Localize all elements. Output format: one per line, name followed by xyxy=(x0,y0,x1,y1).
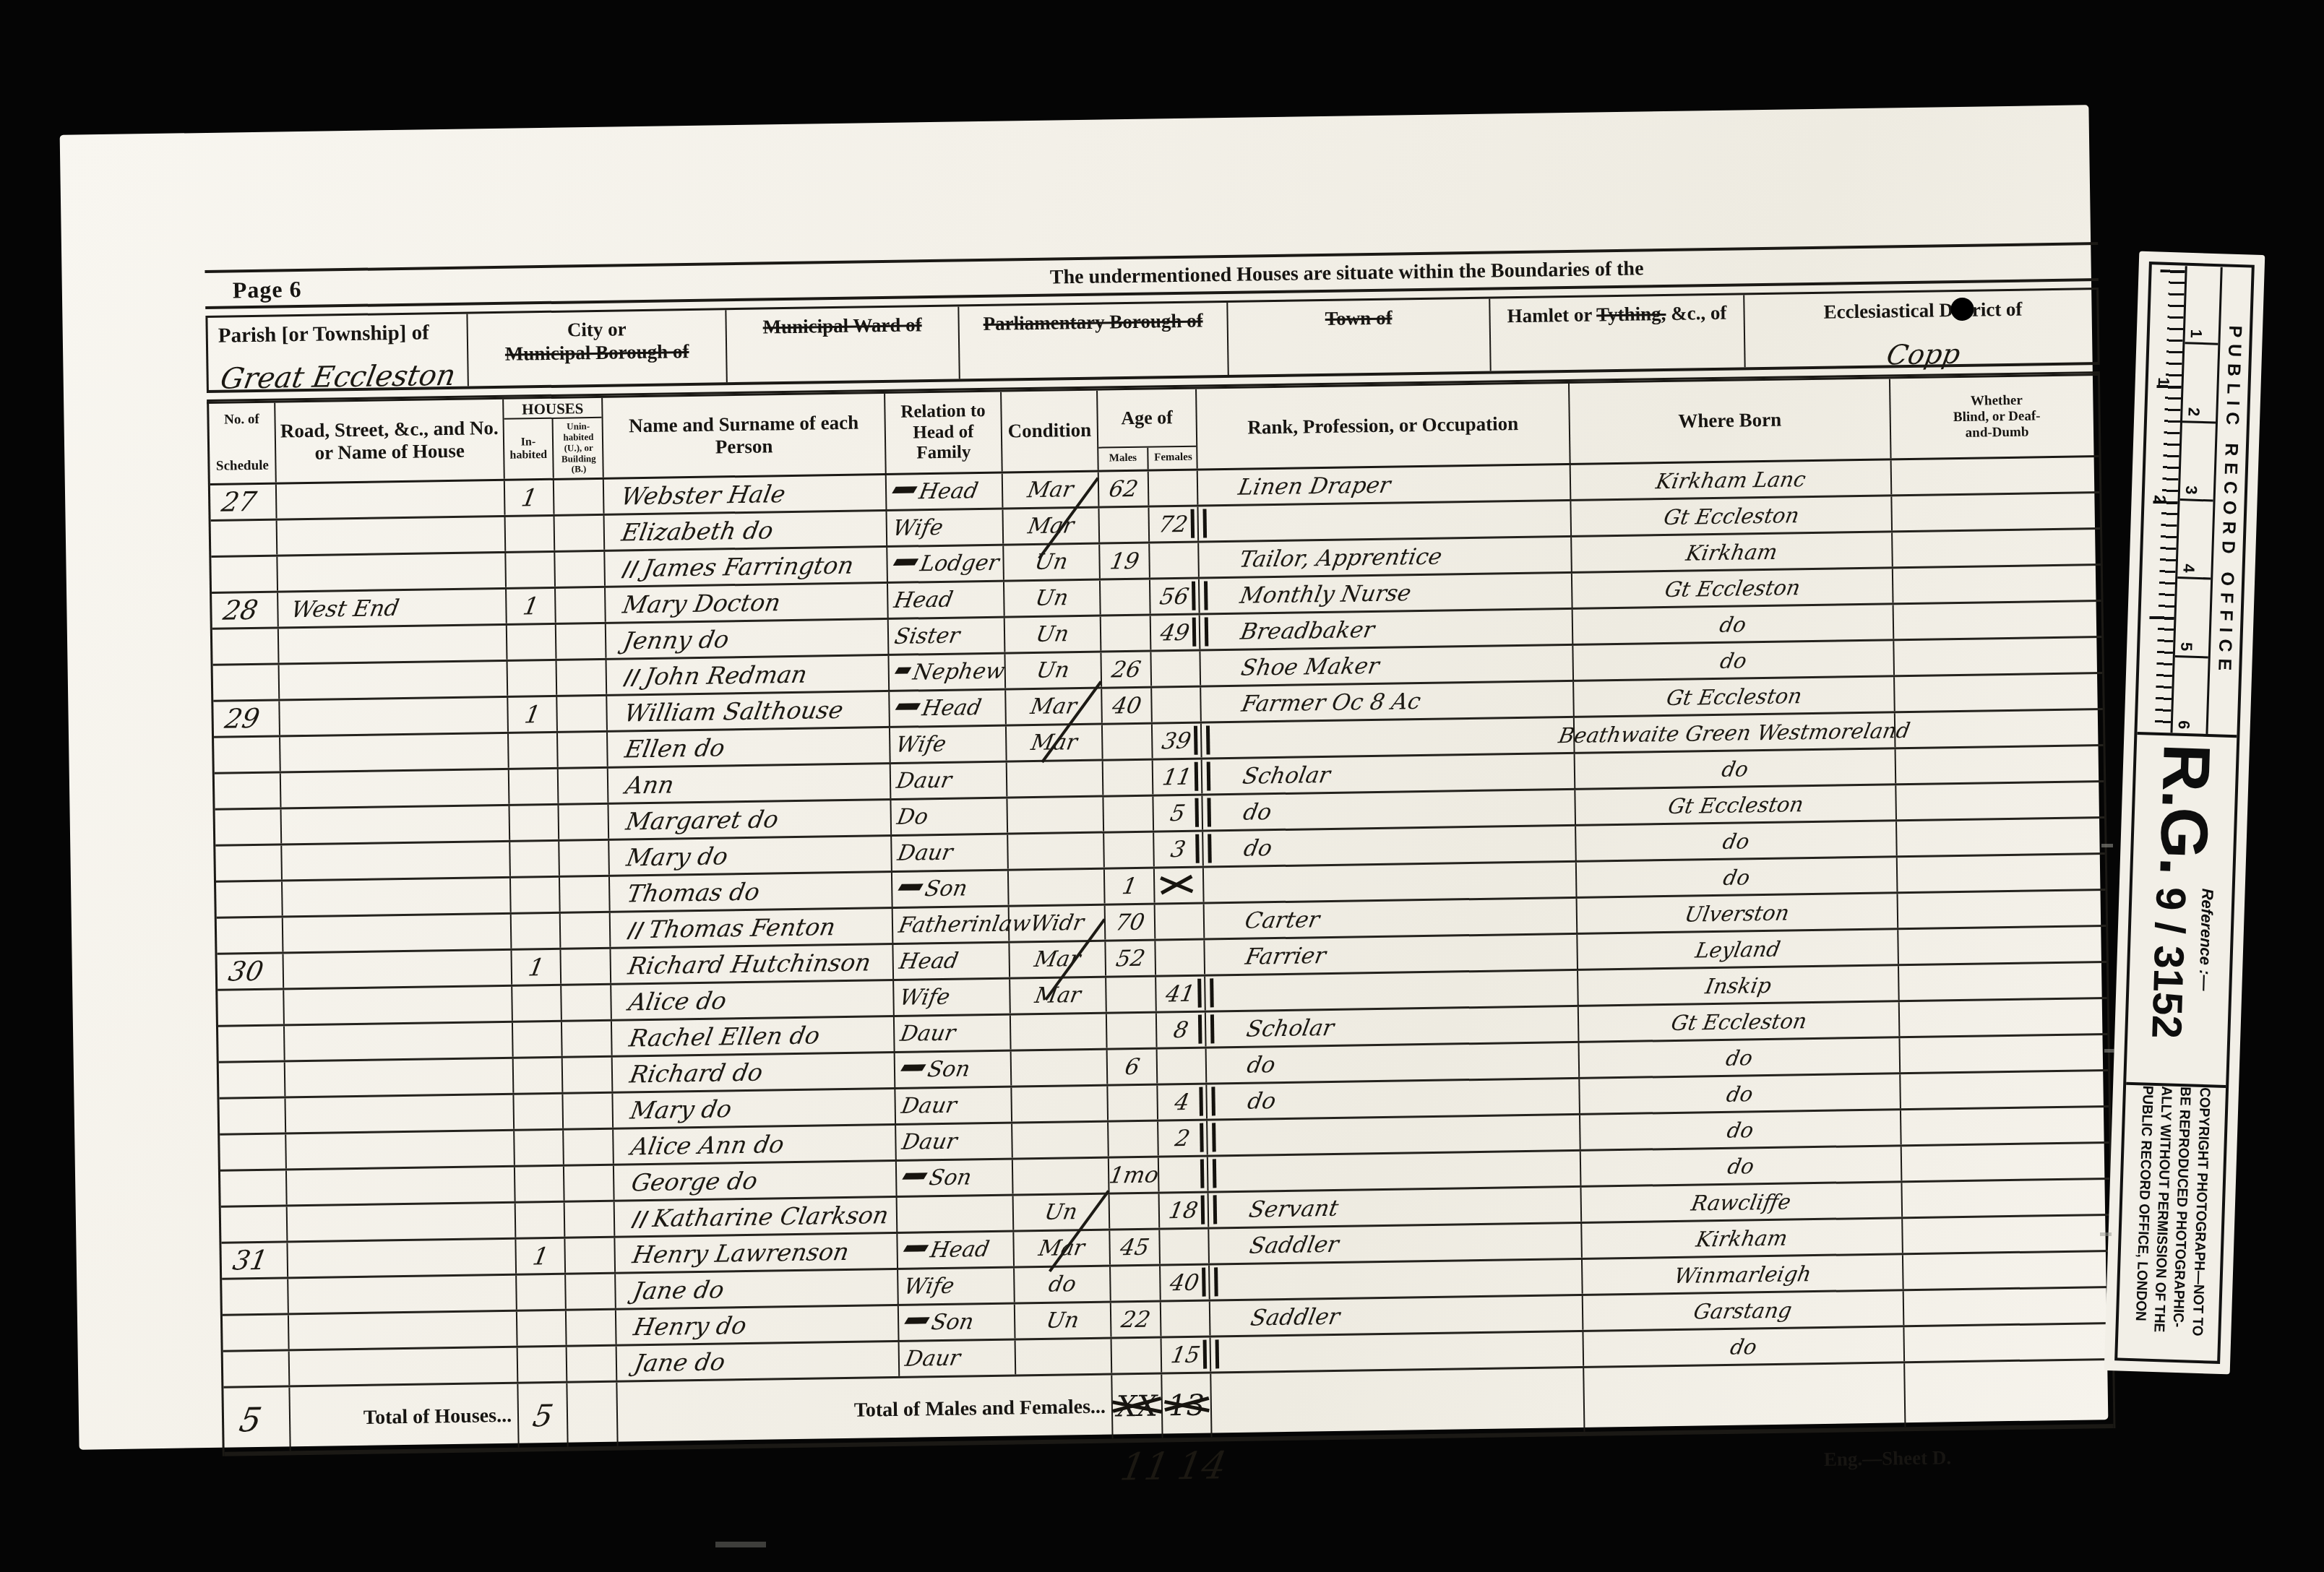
age-female: 40 xyxy=(1168,1269,1201,1296)
blind-deaf-cell xyxy=(1902,1144,2114,1180)
person-name: Richard Hutchinson xyxy=(626,948,873,980)
reference-number: 9 / 3152 xyxy=(2143,886,2196,1040)
occupation-value: do xyxy=(1241,799,1274,826)
occupation-value: Shoe Maker xyxy=(1239,652,1382,681)
col-condition: Condition xyxy=(1002,391,1099,472)
blind-deaf-cell xyxy=(1900,999,2112,1036)
age-female: 18 xyxy=(1167,1197,1200,1224)
relation-to-head: Nephew xyxy=(911,659,1007,686)
occupation-value: do xyxy=(1245,1052,1278,1079)
person-name: Henry do xyxy=(632,1311,749,1341)
sheet-note: Eng.—Sheet D. xyxy=(1824,1446,1952,1471)
road-name: West End xyxy=(276,595,401,623)
person-name: Ann xyxy=(624,770,676,799)
age-male: 45 xyxy=(1118,1234,1151,1261)
col-houses: HOUSES In-habited Unin-habited (U.), or … xyxy=(504,398,604,479)
scan-artifact xyxy=(2100,1232,2112,1236)
person-name: Katharine Clarkson xyxy=(651,1201,891,1232)
condition-value: Un xyxy=(1035,657,1072,683)
hamlet-cell: Hamlet or Tything, &c., of xyxy=(1490,295,1745,371)
person-name: Jane do xyxy=(631,1275,726,1305)
birthplace-value: Gt Eccleston xyxy=(1661,503,1801,530)
age-female: 39 xyxy=(1160,727,1193,754)
relation-to-head: Wife xyxy=(898,985,952,1011)
person-name: Thomas do xyxy=(625,878,762,908)
birthplace-value: do xyxy=(1725,1118,1755,1143)
occupation-value: Farrier xyxy=(1243,943,1327,970)
birthplace-value: Gt Eccleston xyxy=(1663,575,1802,602)
condition-value: do xyxy=(1046,1271,1078,1297)
pro-stamp-box: PUBLIC RECORD OFFICE 1 2 3 4 5 6 1 2 xyxy=(2114,262,2255,1364)
birthplace-value: do xyxy=(1725,1081,1755,1107)
age-female: 15 xyxy=(1169,1342,1202,1368)
age-male: 6 xyxy=(1122,1053,1141,1079)
schedule-number: 30 xyxy=(215,956,266,988)
blind-deaf-cell xyxy=(1903,1216,2115,1253)
inhabited-mark: 1 xyxy=(522,700,543,728)
col-uninhabited: Unin-habited (U.), or Building (B.) xyxy=(554,418,604,478)
scan-artifact xyxy=(2101,844,2113,847)
total-males-females-label: Total of Males and Females... xyxy=(618,1396,1111,1426)
relation-to-head: Wife xyxy=(902,1274,956,1300)
condition-value: Widr xyxy=(1028,910,1086,936)
person-name: Webster Hale xyxy=(619,480,788,510)
total-houses-label: Total of Houses... xyxy=(290,1404,517,1431)
person-name: Jane do xyxy=(632,1347,727,1377)
condition-value: Un xyxy=(1034,621,1071,647)
blind-deaf-cell xyxy=(1894,638,2106,675)
person-name: William Salthouse xyxy=(622,696,845,727)
relation-to-head: Head xyxy=(892,587,955,613)
blind-deaf-cell xyxy=(1895,674,2107,711)
age-female: 3 xyxy=(1169,836,1187,862)
age-female: 8 xyxy=(1171,1016,1190,1042)
birthplace-value: Winmarleigh xyxy=(1672,1261,1813,1288)
blind-deaf-cell xyxy=(1899,963,2112,1000)
relation-to-head: Son xyxy=(926,1056,972,1082)
birthplace-value: Gt Eccleston xyxy=(1666,792,1805,819)
relation-to-head: Head xyxy=(929,1237,991,1263)
person-name: Mary Docton xyxy=(621,588,783,618)
stamp-ruler-section: PUBLIC RECORD OFFICE 1 2 3 4 5 6 1 2 xyxy=(2137,264,2251,738)
birthplace-value: do xyxy=(1726,1154,1756,1179)
birthplace-value: do xyxy=(1721,865,1752,890)
col-inhabited: In-habited xyxy=(504,419,554,479)
reference-label: Reference :— xyxy=(2194,888,2218,1040)
age-male: 1 xyxy=(1120,873,1139,899)
males-total-scribble: XX xyxy=(1116,1390,1158,1424)
blind-deaf-cell xyxy=(1896,746,2109,783)
relation-to-head: Daur xyxy=(903,1346,963,1372)
town-cell: Town of xyxy=(1228,299,1491,375)
schedule-number: 31 xyxy=(219,1245,270,1277)
col-born: Where Born xyxy=(1570,379,1892,463)
age-female: 4 xyxy=(1173,1089,1192,1115)
age-female: 2 xyxy=(1173,1125,1192,1151)
col-blind: WhetherBlind, or Deaf-and-Dumb xyxy=(1890,376,2104,458)
age-male: 22 xyxy=(1119,1306,1153,1333)
person-name: Alice do xyxy=(627,986,728,1016)
blind-deaf-cell xyxy=(1901,1071,2113,1108)
birthplace-value: Kirkham xyxy=(1695,1225,1790,1251)
blind-deaf-cell xyxy=(1895,710,2108,747)
relation-to-head: Daur xyxy=(900,1093,959,1119)
birthplace-value: Leyland xyxy=(1693,936,1782,962)
person-name: Richard do xyxy=(628,1058,765,1089)
relation-to-head: Wife xyxy=(894,732,948,758)
age-male: 40 xyxy=(1110,692,1143,719)
age-male: 62 xyxy=(1107,475,1140,502)
scan-artifact xyxy=(2104,1049,2114,1053)
col-males: Males xyxy=(1098,448,1148,470)
relation-to-head: Sister xyxy=(892,623,962,649)
blind-deaf-cell xyxy=(1901,1107,2114,1144)
occupation-value: Linen Draper xyxy=(1236,472,1393,500)
birthplace-value: do xyxy=(1729,1334,1759,1360)
age-female: 56 xyxy=(1158,583,1191,610)
relation-to-head: Son xyxy=(923,876,969,902)
birthplace-value: do xyxy=(1720,756,1750,782)
occupation-value: Monthly Nurse xyxy=(1238,580,1413,609)
schedule-number: 29 xyxy=(211,703,262,735)
schedule-number: 27 xyxy=(207,486,259,518)
person-name: John Redman xyxy=(643,660,810,691)
person-name: Mary do xyxy=(628,1094,733,1124)
females-total-handwritten: 14 xyxy=(1178,1444,1226,1488)
parliamentary-borough-label: Parliamentary Borough of xyxy=(959,308,1226,336)
scan-artifact xyxy=(715,1542,766,1547)
age-male: 26 xyxy=(1109,656,1142,683)
age-male: 70 xyxy=(1114,909,1147,936)
municipal-ward-cell: Municipal Ward of xyxy=(726,306,960,382)
blind-deaf-cell xyxy=(1893,530,2105,566)
city-borough-cell: City or Municipal Borough of xyxy=(468,310,727,386)
birthplace-value: Inskip xyxy=(1703,972,1773,998)
birthplace-value: do xyxy=(1718,612,1748,637)
condition-value: Un xyxy=(1033,549,1070,575)
col-age: Age of Males Females xyxy=(1098,389,1198,470)
relation-to-head: Daur xyxy=(895,840,955,866)
occupation-value: Saddler xyxy=(1249,1303,1342,1331)
person-name: Ellen do xyxy=(623,733,727,763)
condition-value: Un xyxy=(1033,585,1070,611)
stamp-copyright-section: COPYRIGHT PHOTOGRAPH—NOT TO BE REPRODUCE… xyxy=(2117,1085,2226,1358)
birthplace-value: do xyxy=(1721,829,1751,854)
birthplace-value: Kirkham Lanc xyxy=(1654,467,1808,493)
person-name: Elizabeth do xyxy=(619,516,775,546)
schedule-number: 28 xyxy=(210,595,261,626)
col-relation: Relation to Head of Family xyxy=(885,392,1003,473)
condition-value: Un xyxy=(1043,1199,1080,1225)
blind-deaf-cell xyxy=(1898,891,2111,928)
age-female: 49 xyxy=(1158,619,1192,646)
occupation-value: do xyxy=(1245,1088,1278,1115)
birthplace-value: do xyxy=(1718,648,1749,673)
col-name: Name and Surname of each Person xyxy=(603,394,887,478)
relation-to-head: Do xyxy=(895,804,930,830)
blind-deaf-cell xyxy=(1892,493,2104,530)
age-male: 19 xyxy=(1108,548,1141,574)
condition-value: Mar xyxy=(1033,982,1083,1009)
blind-deaf-cell xyxy=(1902,1180,2114,1217)
birthplace-value: Rawcliffe xyxy=(1690,1189,1793,1215)
relation-to-head: Son xyxy=(927,1165,973,1191)
relation-to-head: Lodger xyxy=(918,550,1001,577)
person-name: Thomas Fenton xyxy=(647,912,838,943)
relation-to-head: Head xyxy=(898,949,960,975)
relation-to-head: Head xyxy=(920,695,983,721)
parish-cell: Parish [or Township] of Great Eccleston xyxy=(207,314,468,390)
pro-stamp-strip: PUBLIC RECORD OFFICE 1 2 3 4 5 6 1 2 xyxy=(2104,251,2265,1375)
blind-deaf-cell xyxy=(1903,1252,2116,1289)
parliamentary-borough-cell: Parliamentary Borough of xyxy=(959,303,1228,379)
females-total-scribble: 13 xyxy=(1168,1389,1205,1423)
age-female: 72 xyxy=(1157,511,1190,537)
stamp-reference-section: R.G. Reference :— 9 / 3152 xyxy=(2126,735,2237,1088)
person-name: Mary do xyxy=(624,842,730,871)
inhabited-mark: 1 xyxy=(519,483,539,511)
occupation-value: Carter xyxy=(1243,907,1322,934)
occupation-value: Saddler xyxy=(1247,1231,1340,1258)
blind-deaf-cell xyxy=(1904,1288,2117,1325)
person-name: Henry Lawrenson xyxy=(630,1238,851,1269)
census-table: No. ofSchedule Road, Street, &c., and No… xyxy=(207,373,2115,1456)
birthplace-value: Beathwaite Green Westmoreland xyxy=(1557,717,1912,747)
blind-deaf-cell xyxy=(1898,927,2111,964)
census-page-content: Page 6 The undermentioned Houses are sit… xyxy=(205,242,2117,1543)
blind-deaf-cell xyxy=(1900,1035,2112,1072)
municipal-ward-label: Municipal Ward of xyxy=(726,313,957,340)
ecclesiastical-district-value: Copp xyxy=(1745,336,2102,373)
condition-value: Un xyxy=(1044,1308,1081,1334)
inhabited-mark: 1 xyxy=(526,953,546,981)
table-body: 27 1 Webster Hale Head Mar 62 Linen Drap… xyxy=(210,457,2112,1389)
blind-deaf-cell xyxy=(1893,566,2106,603)
city-borough-label: City or Municipal Borough of xyxy=(468,316,726,366)
hamlet-label: Hamlet or Tything, &c., of xyxy=(1490,301,1743,328)
parish-value: Great Eccleston xyxy=(208,359,468,396)
relation-to-head: Daur xyxy=(895,768,954,794)
occupation-value: Farmer Oc 8 Ac xyxy=(1239,688,1423,717)
age-female: 11 xyxy=(1161,764,1194,790)
condition-value: Mar xyxy=(1028,694,1078,720)
age-female: 41 xyxy=(1163,980,1197,1007)
occupation-value: Breadbaker xyxy=(1239,616,1377,644)
birthplace-value: Kirkham xyxy=(1684,539,1780,565)
relation-to-head: Wife xyxy=(891,515,945,541)
ecclesiastical-district-cell: Ecclesiastical Drict of Copp xyxy=(1744,290,2101,367)
person-name: George do xyxy=(629,1167,760,1197)
birthplace-value: Gt Eccleston xyxy=(1669,1009,1809,1035)
relation-to-head: Daur xyxy=(900,1129,959,1155)
parish-label: Parish [or Township] of xyxy=(208,320,467,349)
occupation-value: Scholar xyxy=(1244,1014,1336,1042)
col-occupation: Rank, Profession, or Occupation xyxy=(1197,384,1571,469)
males-total-handwritten: 11 xyxy=(1121,1445,1169,1489)
inhabited-mark: 1 xyxy=(530,1242,551,1270)
occupation-value: do xyxy=(1241,835,1274,862)
birthplace-value: Gt Eccleston xyxy=(1664,683,1804,710)
blind-deaf-cell xyxy=(1897,819,2109,855)
blind-deaf-cell xyxy=(1892,457,2104,494)
person-name: Alice Ann do xyxy=(629,1130,786,1160)
relation-to-head: Daur xyxy=(898,1021,957,1047)
total-houses-value: 5 xyxy=(533,1398,552,1433)
person-name: Margaret do xyxy=(624,805,780,835)
blind-deaf-cell xyxy=(1898,855,2110,891)
ecclesiastical-district-label: Ecclesiastical Drict of xyxy=(1744,295,2101,325)
col-road: Road, Street, &c., and No. or Name of Ho… xyxy=(275,400,505,483)
condition-value: Mar xyxy=(1025,477,1075,503)
totals-schedule-count: 5 xyxy=(224,1400,262,1440)
inhabited-mark: 1 xyxy=(520,592,541,620)
birthplace-value: Garstang xyxy=(1692,1297,1794,1323)
birthplace-value: do xyxy=(1724,1045,1755,1071)
person-name: James Farrington xyxy=(641,551,856,582)
town-label: Town of xyxy=(1228,305,1489,332)
reference-series: R.G. xyxy=(2145,742,2225,875)
col-females: Females xyxy=(1148,447,1197,470)
occupation-value: Servant xyxy=(1247,1195,1340,1222)
birthplace-value: Ulverston xyxy=(1683,900,1791,926)
blind-deaf-cell xyxy=(1896,782,2109,819)
relation-to-head: Son xyxy=(929,1309,976,1335)
occupation-value: Scholar xyxy=(1241,761,1333,789)
age-female: 5 xyxy=(1169,800,1187,826)
blind-deaf-cell xyxy=(1894,602,2106,639)
census-page: Page 6 The undermentioned Houses are sit… xyxy=(60,105,2109,1449)
ink-blot-dot xyxy=(1951,298,1974,321)
person-name: Jenny do xyxy=(621,625,731,655)
age-male: 52 xyxy=(1114,945,1147,972)
page-number-label: Page 6 xyxy=(233,276,302,303)
col-schedule: No. ofSchedule xyxy=(209,403,277,483)
relation-to-head: Head xyxy=(917,478,980,504)
person-name: Rachel Ellen do xyxy=(627,1021,822,1052)
blind-deaf-cell xyxy=(1904,1324,2117,1361)
occupation-value: Tailor, Apprentice xyxy=(1237,543,1444,572)
age-male: 1mo xyxy=(1107,1162,1161,1188)
